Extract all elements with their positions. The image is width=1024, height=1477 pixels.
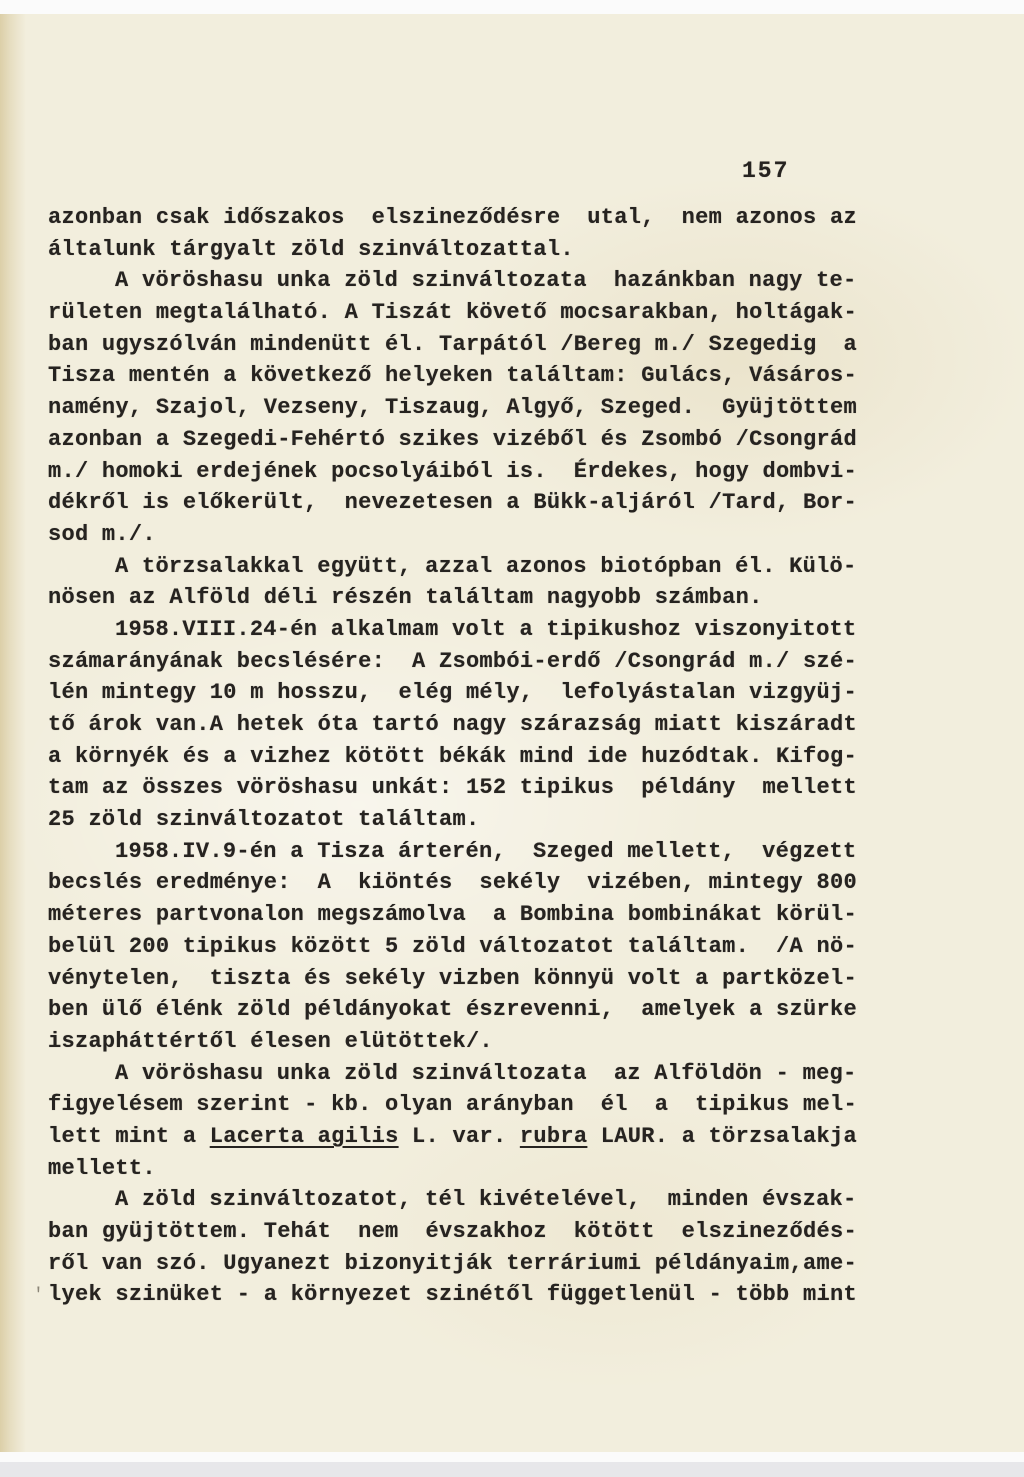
body-text: azonban csak időszakos elszineződésre ut… bbox=[48, 202, 878, 1311]
text-segment: méteres partvonalon megszámolva a Bombin… bbox=[48, 902, 857, 927]
text-segment: rületen megtalálható. A Tiszát követő mo… bbox=[48, 300, 857, 325]
text-line: 1958.IV.9-én a Tisza árterén, Szeged mel… bbox=[48, 836, 878, 868]
underlined-text: rubra bbox=[520, 1124, 587, 1149]
text-line: tam az összes vöröshasu unkát: 152 tipik… bbox=[48, 772, 878, 804]
text-segment: ben ülő élénk zöld példányokat észrevenn… bbox=[48, 997, 857, 1022]
text-segment: dékről is előkerült, nevezetesen a Bükk-… bbox=[48, 490, 857, 515]
text-line: A zöld szinváltozatot, tél kivételével, … bbox=[48, 1184, 878, 1216]
text-segment: LAUR. a törzsalakja bbox=[587, 1124, 857, 1149]
text-segment: namény, Szajol, Vezseny, Tiszaug, Algyő,… bbox=[48, 395, 857, 420]
scanned-page: 157 ' azonban csak időszakos elszineződé… bbox=[0, 14, 1024, 1452]
text-segment: tam az összes vöröshasu unkát: 152 tipik… bbox=[48, 775, 857, 800]
text-line: m./ homoki erdejének pocsolyáiból is. Ér… bbox=[48, 456, 878, 488]
text-segment: figyelésem szerint - kb. olyan arányban … bbox=[48, 1092, 857, 1117]
text-segment: mellett. bbox=[48, 1156, 156, 1181]
text-line: iszapháttértől élesen elütöttek/. bbox=[48, 1026, 878, 1058]
text-line: A vöröshasu unka zöld szinváltozata az A… bbox=[48, 1058, 878, 1090]
text-segment: 25 zöld szinváltozatot találtam. bbox=[48, 807, 479, 832]
text-line: ban ugyszólván mindenütt él. Tarpától /B… bbox=[48, 329, 878, 361]
text-segment: becslés eredménye: A kiöntés sekély vizé… bbox=[48, 870, 857, 895]
text-line: 1958.VIII.24-én alkalmam volt a tipikush… bbox=[48, 614, 878, 646]
text-segment: ről van szó. Ugyanezt bizonyitják terrár… bbox=[48, 1251, 857, 1276]
text-line: általunk tárgyalt zöld szinváltozattal. bbox=[48, 234, 878, 266]
text-segment: belül 200 tipikus között 5 zöld változat… bbox=[48, 934, 857, 959]
text-segment: azonban csak időszakos elszineződésre ut… bbox=[48, 205, 857, 230]
text-segment: vénytelen, tiszta és sekély vizben könny… bbox=[48, 966, 857, 991]
text-line: Tisza mentén a következő helyeken talált… bbox=[48, 360, 878, 392]
text-segment: A zöld szinváltozatot, tél kivételével, … bbox=[115, 1187, 857, 1212]
text-segment: számarányának becslésére: A Zsombói-erdő… bbox=[48, 649, 857, 674]
text-line: dékről is előkerült, nevezetesen a Bükk-… bbox=[48, 487, 878, 519]
text-segment: Tisza mentén a következő helyeken talált… bbox=[48, 363, 857, 388]
text-line: vénytelen, tiszta és sekély vizben könny… bbox=[48, 963, 878, 995]
text-segment: lett mint a bbox=[48, 1124, 210, 1149]
text-line: nösen az Alföld déli részén találtam nag… bbox=[48, 582, 878, 614]
text-line: azonban csak időszakos elszineződésre ut… bbox=[48, 202, 878, 234]
text-segment: A törzsalakkal együtt, azzal azonos biot… bbox=[115, 554, 857, 579]
text-line: ről van szó. Ugyanezt bizonyitják terrár… bbox=[48, 1248, 878, 1280]
text-line: számarányának becslésére: A Zsombói-erdő… bbox=[48, 646, 878, 678]
text-line: sod m./. bbox=[48, 519, 878, 551]
text-segment: lén mintegy 10 m hosszu, elég mély, lefo… bbox=[48, 680, 857, 705]
text-segment: nösen az Alföld déli részén találtam nag… bbox=[48, 585, 763, 610]
text-line: figyelésem szerint - kb. olyan arányban … bbox=[48, 1089, 878, 1121]
text-segment: L. var. bbox=[399, 1124, 520, 1149]
text-line: méteres partvonalon megszámolva a Bombin… bbox=[48, 899, 878, 931]
text-line: rületen megtalálható. A Tiszát követő mo… bbox=[48, 297, 878, 329]
text-segment: A vöröshasu unka zöld szinváltozata az A… bbox=[115, 1061, 857, 1086]
text-segment: 1958.VIII.24-én alkalmam volt a tipikush… bbox=[115, 617, 857, 642]
underlined-text: Lacerta agilis bbox=[210, 1124, 399, 1149]
text-line: ben ülő élénk zöld példányokat észrevenn… bbox=[48, 994, 878, 1026]
text-segment: azonban a Szegedi-Fehértó szikes vizéből… bbox=[48, 427, 857, 452]
text-segment: tő árok van.A hetek óta tartó nagy szára… bbox=[48, 712, 857, 737]
page-number: 157 bbox=[742, 158, 789, 184]
text-line: lett mint a Lacerta agilis L. var. rubra… bbox=[48, 1121, 878, 1153]
text-line: A törzsalakkal együtt, azzal azonos biot… bbox=[48, 551, 878, 583]
text-segment: általunk tárgyalt zöld szinváltozattal. bbox=[48, 237, 574, 262]
text-segment: ban ugyszólván mindenütt él. Tarpától /B… bbox=[48, 332, 857, 357]
text-line: A vöröshasu unka zöld szinváltozata hazá… bbox=[48, 265, 878, 297]
text-segment: a környék és a vizhez kötött békák mind … bbox=[48, 744, 857, 769]
margin-mark: ' bbox=[33, 1286, 44, 1306]
text-line: belül 200 tipikus között 5 zöld változat… bbox=[48, 931, 878, 963]
text-line: 25 zöld szinváltozatot találtam. bbox=[48, 804, 878, 836]
text-line: becslés eredménye: A kiöntés sekély vizé… bbox=[48, 867, 878, 899]
text-line: ban gyüjtöttem. Tehát nem évszakhoz kötö… bbox=[48, 1216, 878, 1248]
text-line: lyek szinüket - a környezet szinétől füg… bbox=[48, 1279, 878, 1311]
text-segment: sod m./. bbox=[48, 522, 156, 547]
text-segment: lyek szinüket - a környezet szinétől füg… bbox=[48, 1282, 857, 1307]
scan-bottom-edge bbox=[0, 1462, 1024, 1477]
text-segment: m./ homoki erdejének pocsolyáiból is. Ér… bbox=[48, 459, 857, 484]
text-segment: A vöröshasu unka zöld szinváltozata hazá… bbox=[115, 268, 857, 293]
text-line: lén mintegy 10 m hosszu, elég mély, lefo… bbox=[48, 677, 878, 709]
text-line: namény, Szajol, Vezseny, Tiszaug, Algyő,… bbox=[48, 392, 878, 424]
text-line: azonban a Szegedi-Fehértó szikes vizéből… bbox=[48, 424, 878, 456]
text-line: a környék és a vizhez kötött békák mind … bbox=[48, 741, 878, 773]
text-segment: iszapháttértől élesen elütöttek/. bbox=[48, 1029, 493, 1054]
text-segment: 1958.IV.9-én a Tisza árterén, Szeged mel… bbox=[115, 839, 857, 864]
text-line: tő árok van.A hetek óta tartó nagy szára… bbox=[48, 709, 878, 741]
text-line: mellett. bbox=[48, 1153, 878, 1185]
text-segment: ban gyüjtöttem. Tehát nem évszakhoz kötö… bbox=[48, 1219, 857, 1244]
